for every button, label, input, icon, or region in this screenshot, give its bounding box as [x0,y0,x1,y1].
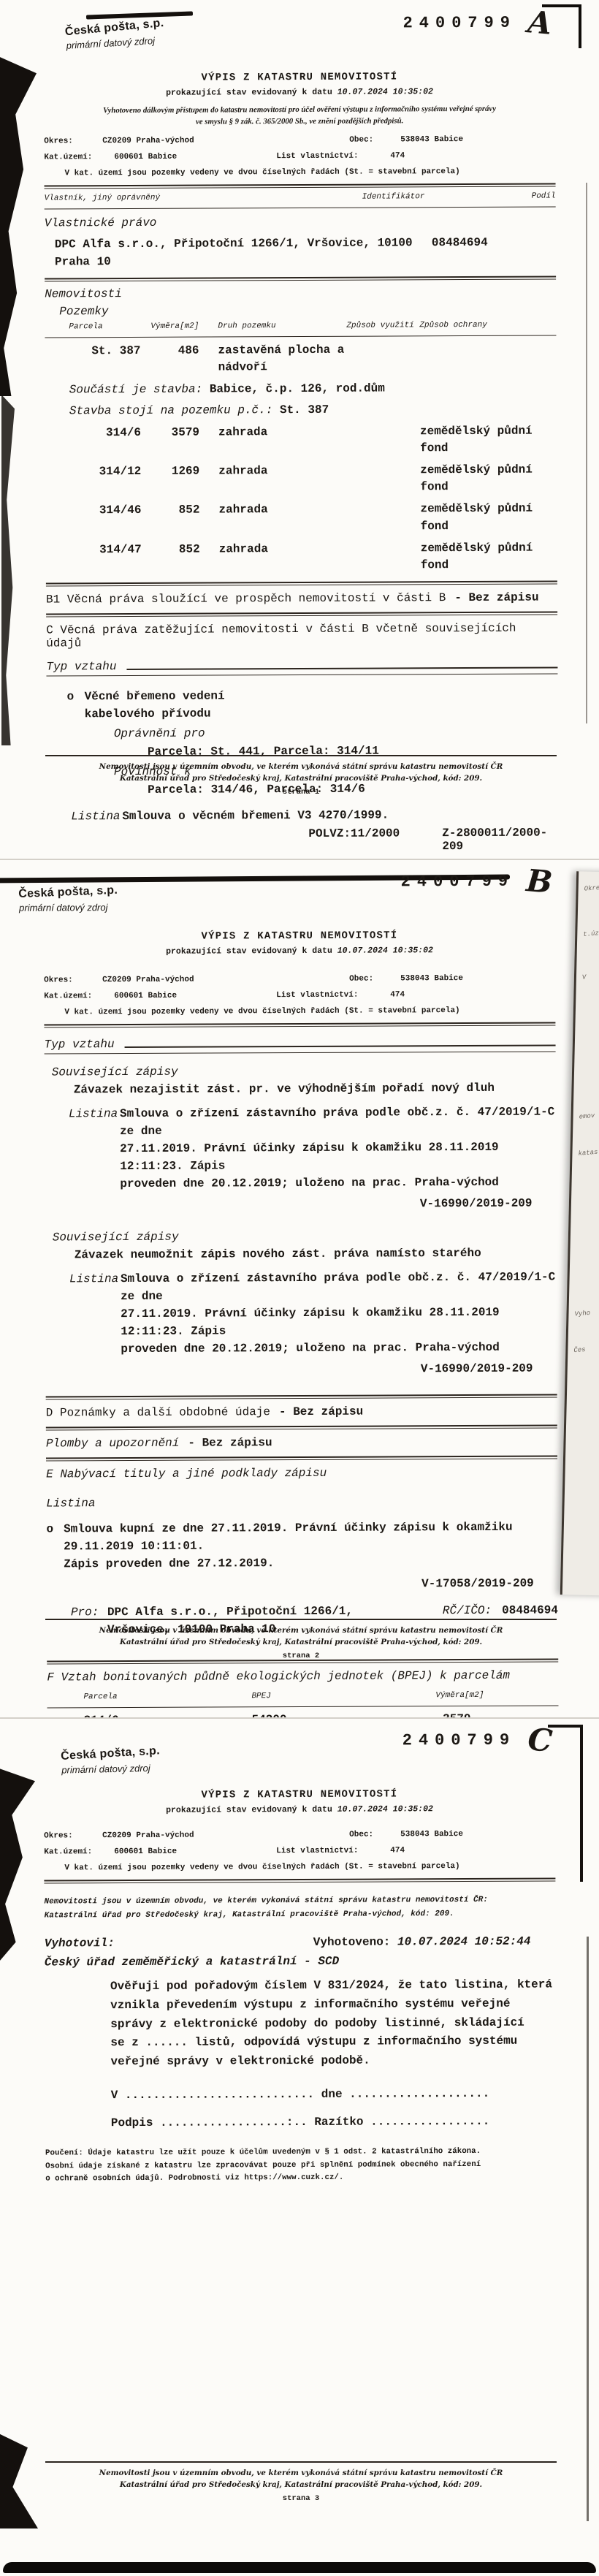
plomby-label: Plomby a upozornění [46,1437,180,1451]
jurisdiction-note: Nemovitosti jsou v územním obvodu, ve kt… [45,761,557,785]
relation-type-header: Typ vztahu [46,658,557,677]
rule [47,1705,559,1708]
deed-list-label: Listina [46,1494,557,1510]
share-col-label: Podíl [519,192,556,201]
rule [45,335,556,338]
document-subtitle: prokazující stav evidovaný k datu 10.07.… [44,1804,555,1815]
double-rule [46,1455,557,1461]
pozemky-label: Pozemky [59,303,556,319]
section-e-heading: E Nabývací tituly a jiné podklady zápisu [46,1465,557,1481]
meta-block: Okres: CZ0209 Praha-východ Obec: 538043 … [44,135,555,178]
cadastral-area-row: Kat.území: 600601 Babice List vlastnictv… [44,989,555,1000]
col-parcela: Parcela [69,322,149,331]
place-date-line: V ........................... dne ......… [111,2087,557,2102]
section-c-heading: C Věcná práva zatěžující nemovitosti v č… [46,622,557,650]
ceska-posta-logo: Česká pošta, s.p. primární datový zdroj [64,17,166,53]
subtitle-label: prokazující stav evidovaný k datu [166,88,332,98]
section-b1-value: - Bez zápisu [454,591,538,605]
page-number: strana 2 [45,1652,557,1660]
filing-numbers-row: POLVZ:11/2000 Z-2800011/2000-209 [47,827,558,855]
building-note-label: Součástí je stavba: [69,382,203,396]
stamp-letter-b: B [524,865,553,898]
okres-value: CZ0209 Praha-východ [102,136,349,145]
building-note-value: Babice, č.p. 126, rod.dům [210,381,385,395]
polvz-number: POLVZ:11/2000 [308,827,400,854]
deed-label: Listina [69,1270,111,1358]
parcel-number: 314/12 [69,463,150,498]
district-row: Okres: CZ0209 Praha-východ Obec: 538043 … [44,973,555,984]
stamp-number: 2400799 [403,14,517,33]
subtitle-date: 10.07.2024 10:35:02 [337,946,433,956]
katuzemi-label: Kat.území: [44,1847,114,1856]
jurisdiction-note: Nemovitosti jsou v územním obvodu, ve kt… [45,2468,557,2491]
ceska-posta-logo: Česká pošta, s.p. primární datový zdroj [18,884,118,915]
section-f-label: F Vztah bonitovaných půdně ekologických … [47,1669,510,1684]
parcel-table-header: Parcela Výměra[m2] Druh pozemku Způsob v… [45,321,556,332]
relation-type-header: Typ vztahu [45,1036,556,1054]
page-footer: Nemovitosti jsou v územním obvodu, ve kt… [45,755,557,797]
issued-at-datetime: 10.07.2024 10:52:44 [397,1935,531,1949]
lv-value: 474 [390,990,405,999]
lv-value: 474 [390,152,405,161]
parcel-series-note: V kat. území jsou pozemky vedeny ve dvou… [64,1861,555,1872]
z-number: Z-2800011/2000-209 [442,827,558,854]
parcel-area: 852 [150,541,209,575]
meta-block: Okres: CZ0209 Praha-východ Obec: 538043 … [44,973,555,1017]
col-vymera: Výměra[m2] [149,322,207,331]
reference-stamp: 2400799 B [401,872,552,897]
obec-label: Obec: [349,136,400,145]
parcel-protection: zemědělský půdní fond [420,461,557,495]
double-rule [44,1022,555,1027]
parcel-protection: zemědělský půdní fond [420,501,557,535]
okres-label: Okres: [44,976,102,984]
building-parcel-value: St. 387 [280,403,329,416]
parcel-row: 314/46 852 zahrada zemědělský půdní fond [45,501,557,536]
parcel-type: zastavěná plocha a nádvoří [207,342,346,376]
okres-value: CZ0209 Praha-východ [102,1831,349,1840]
meta-block: Okres: CZ0209 Praha-východ Obec: 538043 … [44,1829,555,1872]
owner-row: DPC Alfa s.r.o., Připotoční 1266/1, Vršo… [45,234,556,271]
district-row: Okres: CZ0209 Praha-východ Obec: 538043 … [44,1829,555,1840]
lv-label: List vlastnictví: [276,990,390,1000]
col-vyuziti: Způsob využití [346,322,419,330]
signature-stamp-line: Podpis ..................:.. Razítko ...… [111,2115,557,2130]
bullet: o [46,1520,53,1573]
double-rule [45,183,556,189]
document-subtitle: prokazující stav evidovaný k datu 10.07.… [44,945,555,957]
double-rule [44,1877,555,1883]
parcel-type: zahrada [208,501,347,536]
beneficiary-label: Oprávnění pro [114,726,558,741]
obec-value: 538043 Babice [400,974,463,983]
issued-at-label: Vyhotoveno: [313,1936,391,1949]
subtitle-label: prokazující stav evidovaný k datu [166,946,332,957]
building-parcel-label: Stavba stojí na pozemku p.č.: [69,403,273,417]
v-number: V-16990/2019-209 [45,1196,556,1212]
purchase-deed-text: Smlouva kupní ze dne 27.11.2019. Právní … [64,1518,558,1573]
col-bpej: BPEJ [251,1691,390,1701]
rule [45,207,556,210]
okres-label: Okres: [44,1831,102,1840]
issued-at: Vyhotoveno: 10.07.2024 10:52:44 [313,1935,531,1949]
rule [126,667,557,671]
document-title: VÝPIS Z KATASTRU NEMOVITOSTÍ [44,70,555,84]
owner-identifier: 08484694 [432,234,488,269]
document-title: VÝPIS Z KATASTRU NEMOVITOSTÍ [44,929,555,943]
jurisdiction-note: Nemovitosti jsou v územním obvodu, ve kt… [45,1625,557,1649]
district-row: Okres: CZ0209 Praha-východ Obec: 538043 … [44,135,555,146]
parcel-row: 314/6 3579 zahrada zemědělský půdní fond [45,422,557,458]
identifier-col-label: Identifikátor [362,192,519,202]
bullet: o [67,688,75,723]
building-parcel-note: Stavba stojí na pozemku p.č.: St. 387 [69,400,557,419]
plomby-value: - Bez zápisu [188,1436,272,1450]
section-b1-label: B1 Věcná práva sloužící ve prospěch nemo… [46,591,446,606]
org-name: Česká pošta, s.p. [61,1744,161,1763]
relation-type-label: Typ vztahu [45,1038,115,1051]
okres-label: Okres: [44,137,102,145]
katuzemi-value: 600601 Babice [114,991,276,1000]
parcel-series-note: V kat. území jsou pozemky vedeny ve dvou… [64,1006,555,1017]
section-d-value: - Bez zápisu [279,1405,363,1419]
rule [45,2461,557,2463]
covenant-text: Závazek nezajistit zást. pr. ve výhodněj… [74,1081,556,1096]
katuzemi-value: 600601 Babice [114,1847,276,1856]
bpej-table-header: Parcela BPEJ Výměra[m2] [47,1690,558,1701]
section-c-label: C Věcná práva zatěžující nemovitosti v č… [46,622,557,650]
deed-text: Smlouva o zřízení zástavního práva podle… [120,1103,557,1193]
double-rule [46,612,557,618]
page-header: Česká pošta, s.p. primární datový zdroj … [44,867,555,931]
subtitle-date: 10.07.2024 10:35:02 [337,1804,433,1815]
parcel-number: 314/47 [70,542,150,576]
subtitle-label: prokazující stav evidovaný k datu [166,1805,332,1815]
deed-text: Smlouva o věcném břemeni V3 4270/1999. [122,806,558,826]
col-ochrany: Způsob ochrany [419,321,556,330]
parcel-protection: zemědělský půdní fond [421,539,557,574]
subtitle-date: 10.07.2024 10:35:02 [337,87,433,97]
double-rule [46,581,557,587]
page-b: Okre t.úze V emov katas Vyho Čes Česká p… [0,859,599,1717]
deed-text: Smlouva o zřízení zástavního práva podle… [121,1268,557,1358]
issuing-office: Český úřad zeměměřický a katastrální - S… [45,1954,556,1969]
relation-type-label: Typ vztahu [46,660,116,673]
deed-row: Listina Smlouva o věcném břemeni V3 4270… [71,806,558,826]
section-f-heading: F Vztah bonitovaných půdně ekologických … [47,1668,558,1684]
obec-label: Obec: [349,974,400,983]
easement-name: Věcné břemeno vedení kabelového přívodu [85,688,225,723]
document-title: VÝPIS Z KATASTRU NEMOVITOSTÍ [44,1787,555,1801]
stamp-letter-c: C [526,1724,553,1757]
parcel-protection: zemědělský půdní fond [420,422,557,457]
obec-label: Obec: [349,1830,400,1839]
page-header: Česká pošta, s.p. primární datový zdroj … [44,9,555,72]
lv-value: 474 [390,1846,405,1855]
rule [125,1044,556,1048]
parcel-area: 1269 [150,463,208,498]
stamp-letter-a: A [527,7,553,39]
section-b1-heading: B1 Věcná práva sloužící ve prospěch nemo… [46,591,557,607]
parcel-type: zahrada [209,540,348,574]
v-number: V-17058/2019-209 [47,1576,558,1592]
verification-note: Vyhotoveno dálkovým přístupem do katastr… [44,103,555,128]
covenant-text: Závazek neumožnit zápis nového zást. prá… [75,1246,557,1261]
parcel-number: 314/46 [69,502,150,536]
parcel-area: 486 [149,343,207,377]
related-entries-label: Související zápisy [53,1228,557,1244]
nemovitosti-label: Nemovitosti [45,286,556,301]
page-footer: Nemovitosti jsou v územním obvodu, ve kt… [45,1619,557,1660]
col-druh: Druh pozemku [207,322,346,331]
parcel-type: zahrada [208,423,347,457]
deed-row: Listina Smlouva o zřízení zástavního prá… [69,1103,557,1193]
parcel-type: zahrada [208,463,347,497]
stamp-number: 2400799 [401,873,515,892]
col-parcela: Parcela [83,1692,251,1701]
plomby-heading: Plomby a upozornění - Bez zápisu [46,1435,557,1450]
col-vymera: Výměra[m2] [390,1691,500,1701]
deed-label: Listina [71,808,112,825]
lv-label: List vlastnictví: [276,152,390,162]
section-d-heading: D Poznámky a další obdobné údaje - Bez z… [46,1404,557,1419]
org-name: Česká pošta, s.p. [18,884,118,901]
owner-table-header: Vlastník, jiný oprávněný Identifikátor P… [45,192,556,203]
page-footer: Nemovitosti jsou v územním obvodu, ve kt… [45,2461,557,2503]
section-e-label: E Nabývací tituly a jiné podklady zápisu [46,1467,327,1481]
parcel-row: St. 387 486 zastavěná plocha a nádvoří [45,341,556,377]
issued-by-label: Vyhotovil: [45,1936,313,1950]
double-rule [45,276,556,282]
purchase-deed-item: o Smlouva kupní ze dne 27.11.2019. Právn… [46,1518,557,1573]
reference-stamp: 2400799 A [403,13,552,39]
page-number: strana 3 [45,2494,557,2503]
obec-value: 538043 Babice [400,1830,463,1839]
katuzemi-label: Kat.území: [44,153,114,162]
owner-name: DPC Alfa s.r.o., Připotoční 1266/1, Vršo… [45,234,432,270]
parcel-series-note: V kat. území jsou pozemky vedeny ve dvou… [64,167,555,178]
okres-value: CZ0209 Praha-východ [102,975,349,984]
page-a: Česká pošta, s.p. primární datový zdroj … [0,0,599,859]
cadastral-area-row: Kat.území: 600601 Babice List vlastnictv… [44,1845,555,1856]
stamp-number: 2400799 [402,1731,516,1750]
reference-stamp: 2400799 C [402,1730,552,1756]
parcel-row: 314/12 1269 zahrada zemědělský půdní fon… [45,461,557,497]
ownership-right-label: Vlastnické právo [45,215,556,230]
certification-statement: Ověřuji pod pořadovým číslem V 831/2024,… [110,1976,557,2072]
deed-row: Listina Smlouva o zřízení zástavního prá… [69,1268,557,1358]
obec-value: 538043 Babice [400,135,463,144]
katuzemi-label: Kat.území: [44,992,114,1000]
parcel-protection [419,341,556,376]
double-rule [46,1394,557,1399]
lv-label: List vlastnictví: [276,1846,390,1855]
legal-notice: Poučení: Údaje katastru lze užít pouze k… [45,2146,557,2186]
parcel-number: 314/6 [69,425,150,459]
easement-item: o Věcné břemeno vedení kabelového přívod… [67,686,558,723]
parcel-area: 852 [150,502,208,536]
page-header: Česká pošta, s.p. primární datový zdroj … [44,1726,555,1790]
cadastral-area-row: Kat.území: 600601 Babice List vlastnictv… [44,151,555,162]
page-c: Česká pošta, s.p. primární datový zdroj … [0,1717,599,2576]
related-entries-label: Související zápisy [52,1063,556,1079]
document-subtitle: prokazující stav evidovaný k datu 10.07.… [44,86,555,98]
ceska-posta-logo: Česká pošta, s.p. primární datový zdroj [61,1744,161,1777]
rule [45,1619,557,1620]
page-number: strana 1 [45,788,557,797]
org-subtitle: primární datový zdroj [19,902,118,913]
jurisdiction-statement: Nemovitosti jsou v územním obvodu, ve kt… [44,1893,555,1922]
owner-col-label: Vlastník, jiný oprávněný [45,193,362,203]
org-subtitle: primární datový zdroj [61,1763,161,1776]
double-rule [46,1424,557,1430]
issued-by-row: Vyhotovil: Vyhotoveno: 10.07.2024 10:52:… [45,1935,556,1950]
v-number: V-16990/2019-209 [45,1361,557,1377]
bpej-row: 314/6 54300 3579 [47,1711,559,1717]
parcel-number: St. 387 [69,343,149,377]
parcel-area: 3579 [150,424,208,458]
section-d-label: D Poznámky a další obdobné údaje [46,1405,270,1419]
building-note: Součástí je stavba: Babice, č.p. 126, ro… [69,379,557,398]
rule [45,755,557,756]
deed-label: Listina [69,1105,110,1193]
parcel-row: 314/47 852 zahrada zemědělský půdní fond [46,539,557,575]
bpej-area: 3579 [391,1712,500,1717]
katuzemi-value: 600601 Babice [114,152,276,162]
